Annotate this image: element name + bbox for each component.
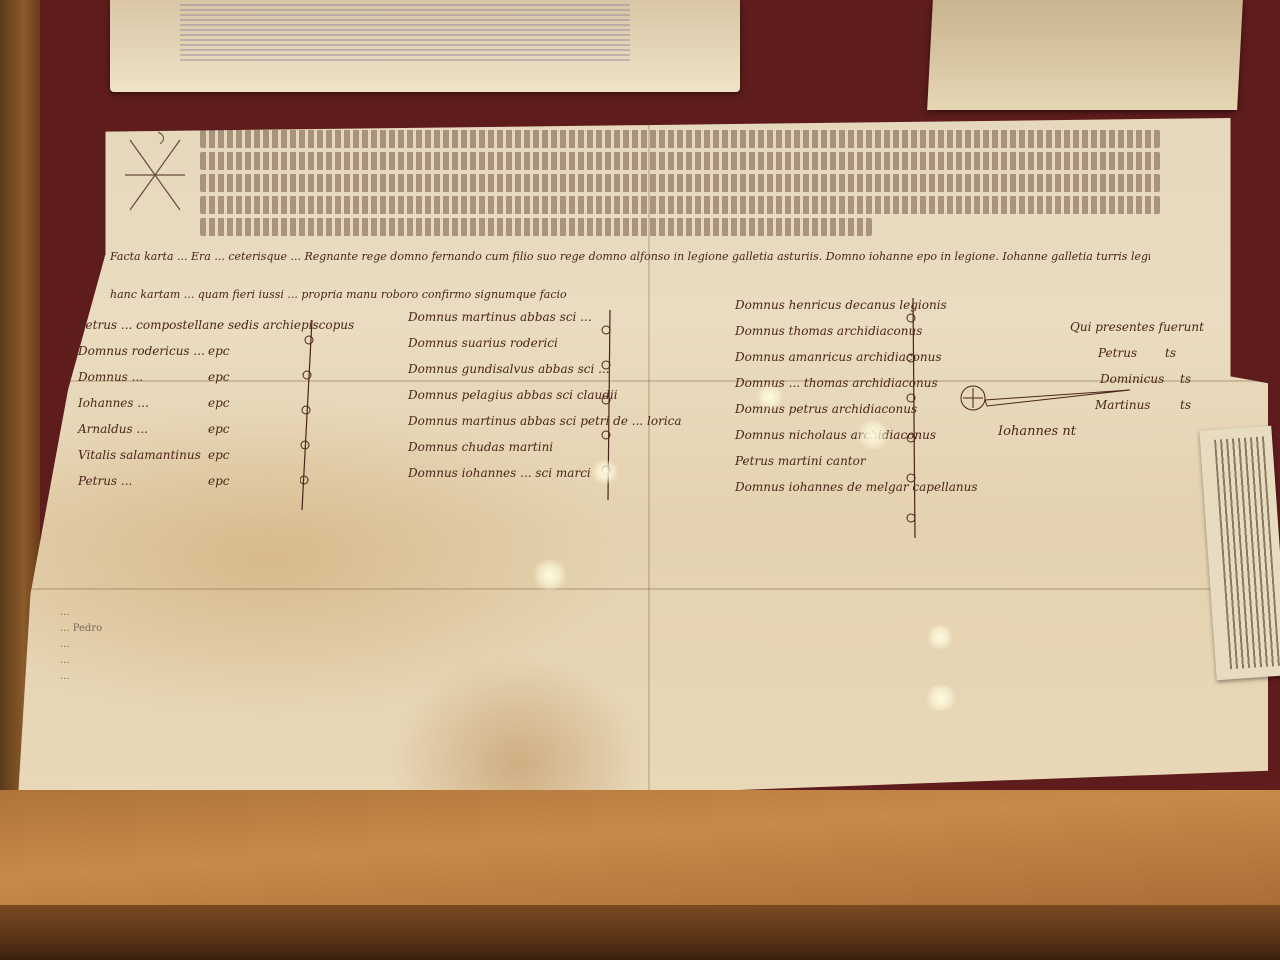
witness-name: Domnus pelagius abbas sci claudii: [408, 388, 608, 414]
document-top-left: [110, 0, 740, 92]
pencil-archival-notes: ... ... Pedro ... ... ...: [60, 605, 102, 685]
pencil-note: ...: [60, 637, 102, 653]
witness-name: Domnus chudas martini: [408, 440, 608, 466]
notary-signature: Iohannes nt: [998, 424, 1076, 439]
glass-glare: [755, 385, 785, 409]
witness-name: Petrus ...: [78, 474, 132, 488]
document-top-right: [927, 0, 1243, 110]
witness-title: ts: [1165, 346, 1176, 360]
witness-name: Domnus rodericus ...: [78, 344, 205, 358]
witness-name: Iohannes ...: [78, 396, 149, 410]
chrismon-icon: [120, 130, 190, 220]
fold-line: [18, 588, 1268, 590]
witness-name: Domnus gundisalvus abbas sci ...: [408, 362, 608, 388]
witness-title: epc: [208, 370, 230, 384]
witness-title: epc: [208, 474, 230, 488]
witness-name: Domnus ...: [78, 370, 143, 384]
witness-title: epc: [208, 448, 230, 462]
witness-title: ts: [1180, 372, 1191, 386]
witness-name: Domnus martinus abbas sci ...: [408, 310, 608, 336]
glass-glare: [590, 460, 620, 484]
witness-title: epc: [208, 396, 230, 410]
witness-column-abbots: Domnus martinus abbas sci ... Domnus sua…: [408, 310, 608, 492]
glass-glare: [923, 685, 959, 711]
witness-name: Arnaldus ...: [78, 422, 148, 436]
witness-name: Petrus: [1098, 346, 1137, 360]
vine-bracket-icon: [905, 298, 919, 538]
glass-glare: [925, 625, 955, 649]
photo-scene: Facta karta ... Era ... ceterisque ... R…: [0, 0, 1280, 960]
display-case-wood-edge: [0, 905, 1280, 960]
vine-bracket-icon: [300, 320, 314, 510]
witness-name: Domnus iohannes ... sci marci: [408, 466, 608, 492]
witness-name: Domnus suarius roderici: [408, 336, 608, 362]
pencil-note: ...: [60, 653, 102, 669]
pencil-note: ...: [60, 669, 102, 685]
notary-sign-icon: [955, 380, 1135, 420]
witness-column-bishops: Petrus ... compostellane sedis archiepis…: [78, 318, 258, 500]
witness-title: epc: [208, 344, 230, 358]
dating-clause-line-1: Facta karta ... Era ... ceterisque ... R…: [110, 250, 1150, 263]
dating-clause-line-2: hanc kartam ... quam fieri iussi ... pro…: [110, 288, 567, 301]
witness-name: Vitalis salamantinus: [78, 448, 201, 462]
display-case-wood-rail: [0, 790, 1280, 920]
glass-glare: [855, 420, 891, 450]
pencil-note: ...: [60, 605, 102, 621]
pencil-note: ... Pedro: [60, 621, 102, 637]
glass-glare: [530, 560, 570, 590]
charter-text-block: [200, 130, 1160, 230]
witness-title: epc: [208, 422, 230, 436]
witness-name: Domnus martinus abbas sci petri de ... l…: [408, 414, 608, 440]
witness-heading: Qui presentes fuerunt: [1070, 320, 1210, 346]
witness-title: ts: [1180, 398, 1191, 412]
